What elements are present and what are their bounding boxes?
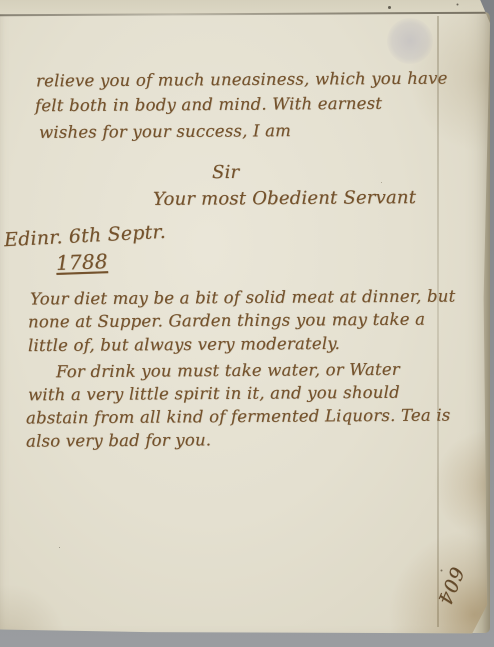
letter-line: abstain from all kind of fermented Liquo… bbox=[26, 408, 451, 427]
signature-line: Your most Obedient Servant bbox=[153, 189, 416, 209]
letter-line: felt both in body and mind. With earnest bbox=[35, 96, 382, 115]
letter-line: with a very little spirit in it, and you… bbox=[28, 385, 400, 404]
letter-line: none at Supper. Garden things you may ta… bbox=[28, 312, 425, 331]
year-line: 1788 bbox=[56, 251, 108, 273]
letter-line: also very bad for you. bbox=[26, 432, 211, 450]
manuscript-photo: relieve you of much uneasiness, which yo… bbox=[0, 0, 494, 647]
letter-line: Your diet may be a bit of solid meat at … bbox=[30, 289, 455, 308]
vertical-fold-line bbox=[437, 16, 439, 627]
paper-page: relieve you of much uneasiness, which yo… bbox=[0, 0, 494, 647]
salutation-line: Sir bbox=[212, 164, 239, 182]
dateline: Edinr. 6th Septr. bbox=[4, 223, 167, 250]
letter-line: For drink you must take water, or Water bbox=[56, 362, 400, 381]
letter-line: relieve you of much uneasiness, which yo… bbox=[36, 71, 448, 90]
embossed-stamp bbox=[387, 18, 433, 64]
letter-line: wishes for your success, I am bbox=[39, 123, 291, 141]
paper-specks bbox=[388, 6, 391, 9]
letter-line: little of, but always very moderately. bbox=[28, 336, 340, 355]
